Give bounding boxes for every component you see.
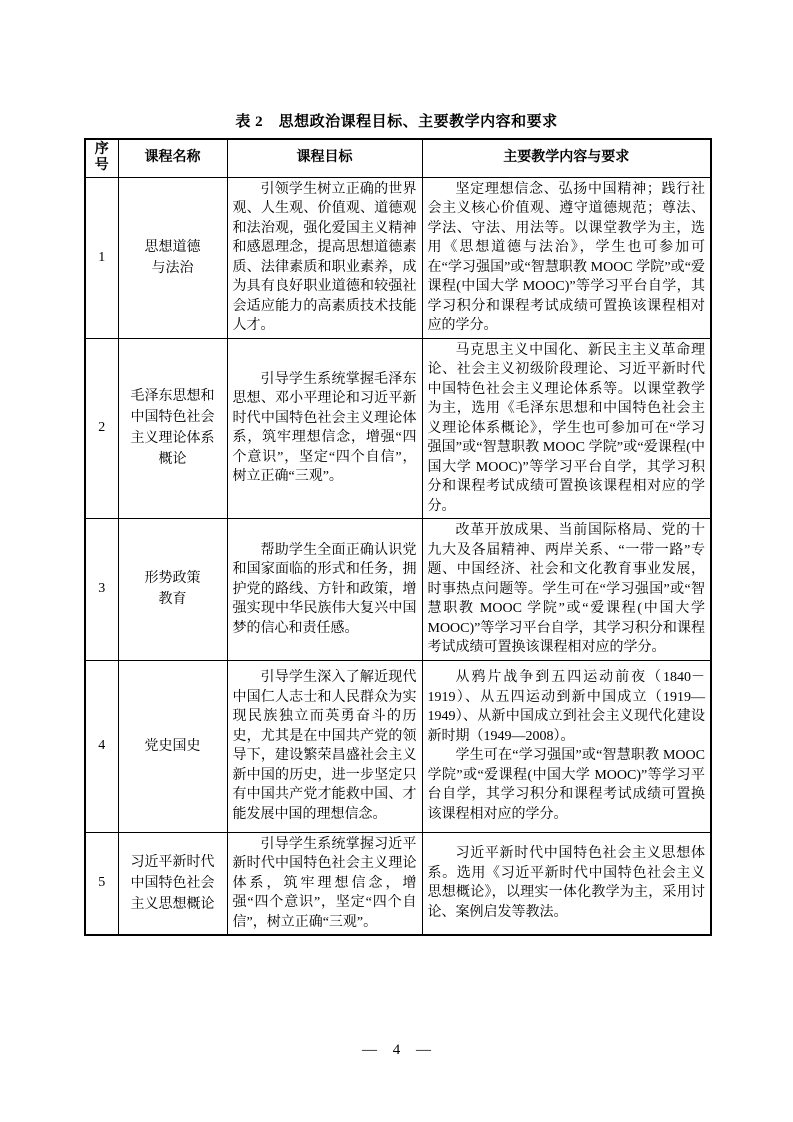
- course-content: 马克思主义中国化、新民主主义革命理论、社会主义初级阶段理论、习近平新时代中国特色…: [422, 338, 711, 519]
- row-number: 3: [85, 519, 118, 661]
- course-content-paragraph: 习近平新时代中国特色社会主义思想体系。选用《习近平新时代中国特色社会主义思想概论…: [428, 844, 706, 922]
- course-table: 序 号 课程名称 课程目标 主要教学内容与要求 1 思想道德 与法治 引领学生树…: [84, 138, 712, 936]
- table-row: 4 党史国史 引导学生深入了解近现代中国仁人志士和人民群众为实现民族独立而英勇奋…: [85, 660, 711, 832]
- course-content: 改革开放成果、当前国际格局、党的十九大及各届精神、两岸关系、“一带一路”专题、中…: [422, 519, 711, 661]
- course-goal-paragraph: 引导学生深入了解近现代中国仁人志士和人民群众为实现民族独立而英勇奋斗的历史，尤其…: [233, 668, 417, 824]
- table-header: 序 号 课程名称 课程目标 主要教学内容与要求: [85, 139, 711, 177]
- page-number: — 4 —: [0, 1040, 793, 1060]
- table-row: 5 习近平新时代 中国特色社会 主义思想概论 引导学生系统掌握习近平新时代中国特…: [85, 832, 711, 935]
- course-goal-paragraph: 引领学生树立正确的世界观、人生观、价值观、道德观和法治观，强化爱国主义精神和感恩…: [233, 180, 417, 336]
- course-goal: 帮助学生全面正确认识党和国家面临的形式和任务，拥护党的路线、方针和政策，增强实现…: [227, 519, 422, 661]
- course-goal: 引领学生树立正确的世界观、人生观、价值观、道德观和法治观，强化爱国主义精神和感恩…: [227, 177, 422, 338]
- course-goal-paragraph: 帮助学生全面正确认识党和国家面临的形式和任务，拥护党的路线、方针和政策，增强实现…: [233, 541, 417, 639]
- table-row: 1 思想道德 与法治 引领学生树立正确的世界观、人生观、价值观、道德观和法治观，…: [85, 177, 711, 338]
- course-content: 从鸦片战争到五四运动前夜（1840－1919）、从五四运动到新中国成立（1919…: [422, 660, 711, 832]
- row-number: 2: [85, 338, 118, 519]
- table-row: 3 形势政策 教育 帮助学生全面正确认识党和国家面临的形式和任务，拥护党的路线、…: [85, 519, 711, 661]
- course-goal-paragraph: 引导学生系统掌握毛泽东思想、邓小平理论和习近平新时代中国特色社会主义理论体系，筑…: [233, 370, 417, 487]
- row-number: 4: [85, 660, 118, 832]
- header-cell-course-name: 课程名称: [118, 139, 227, 177]
- course-content-paragraph: 马克思主义中国化、新民主主义革命理论、社会主义初级阶段理论、习近平新时代中国特色…: [428, 341, 706, 517]
- course-content: 坚定理想信念、弘扬中国精神；践行社会主义核心价值观、遵守道德规范；尊法、学法、守…: [422, 177, 711, 338]
- header-cell-course-goal: 课程目标: [227, 139, 422, 177]
- document-page: 表 2 思想政治课程目标、主要教学内容和要求 序 号 课程名称 课程目标 主要教…: [0, 0, 793, 1122]
- course-content-paragraph: 从鸦片战争到五四运动前夜（1840－1919）、从五四运动到新中国成立（1919…: [428, 668, 706, 746]
- row-number: 5: [85, 832, 118, 935]
- header-row: 序 号 课程名称 课程目标 主要教学内容与要求: [85, 139, 711, 177]
- course-name: 思想道德 与法治: [118, 177, 227, 338]
- course-goal-paragraph: 引导学生系统掌握习近平新时代中国特色社会主义理论体系，筑牢理想信念，增强“四个意…: [233, 835, 417, 933]
- course-content-paragraph: 改革开放成果、当前国际格局、党的十九大及各届精神、两岸关系、“一带一路”专题、中…: [428, 521, 706, 658]
- course-name: 习近平新时代 中国特色社会 主义思想概论: [118, 832, 227, 935]
- header-cell-content: 主要教学内容与要求: [422, 139, 711, 177]
- table-body: 1 思想道德 与法治 引领学生树立正确的世界观、人生观、价值观、道德观和法治观，…: [85, 177, 711, 935]
- course-name: 形势政策 教育: [118, 519, 227, 661]
- course-goal: 引导学生系统掌握习近平新时代中国特色社会主义理论体系，筑牢理想信念，增强“四个意…: [227, 832, 422, 935]
- row-number: 1: [85, 177, 118, 338]
- course-goal: 引导学生深入了解近现代中国仁人志士和人民群众为实现民族独立而英勇奋斗的历史，尤其…: [227, 660, 422, 832]
- course-content-paragraph: 学生可在“学习强国”或“智慧职教 MOOC 学院”或“爱课程(中国大学 MOOC…: [428, 746, 706, 824]
- course-content-paragraph: 坚定理想信念、弘扬中国精神；践行社会主义核心价值观、遵守道德规范；尊法、学法、守…: [428, 180, 706, 336]
- course-goal: 引导学生系统掌握毛泽东思想、邓小平理论和习近平新时代中国特色社会主义理论体系，筑…: [227, 338, 422, 519]
- course-name: 毛泽东思想和 中国特色社会 主义理论体系 概论: [118, 338, 227, 519]
- table-row: 2 毛泽东思想和 中国特色社会 主义理论体系 概论 引导学生系统掌握毛泽东思想、…: [85, 338, 711, 519]
- course-name: 党史国史: [118, 660, 227, 832]
- table-title: 表 2 思想政治课程目标、主要教学内容和要求: [0, 112, 793, 132]
- course-content: 习近平新时代中国特色社会主义思想体系。选用《习近平新时代中国特色社会主义思想概论…: [422, 832, 711, 935]
- header-cell-number: 序 号: [85, 139, 118, 177]
